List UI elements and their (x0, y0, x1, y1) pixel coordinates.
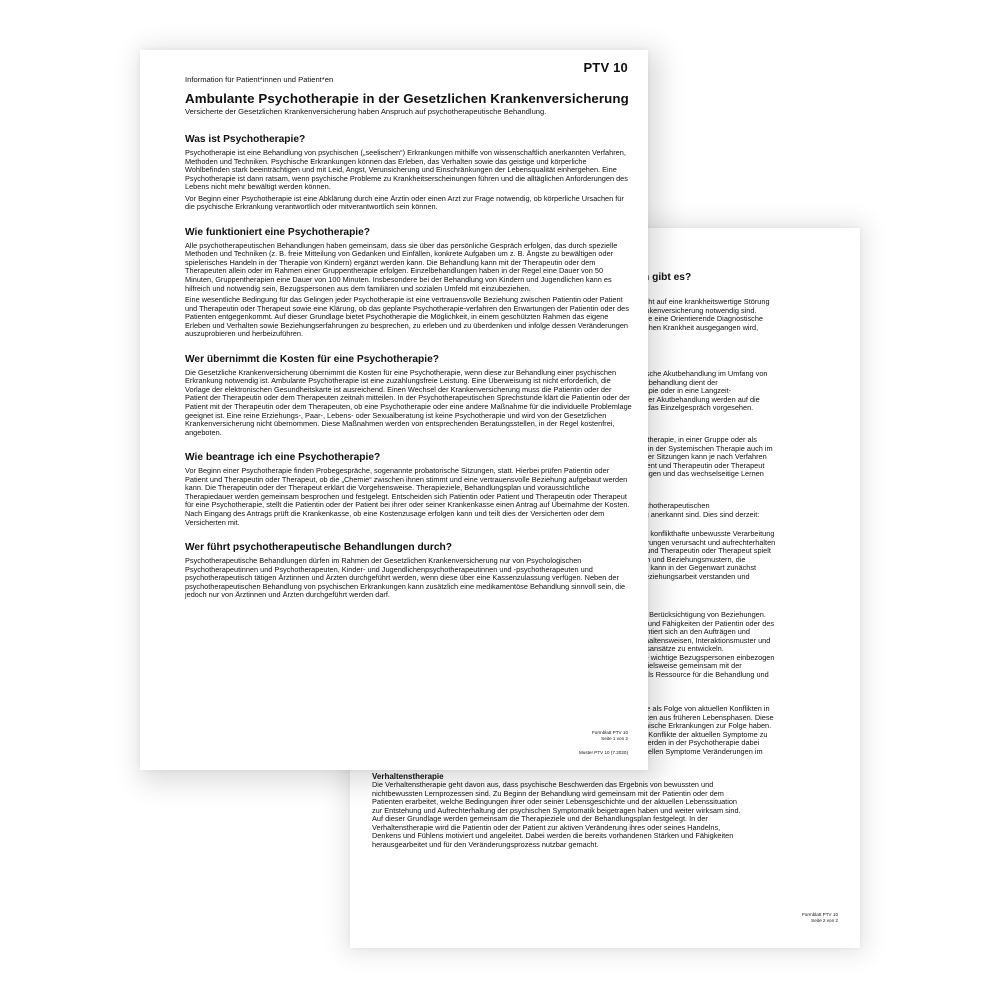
paragraph: Psychotherapeutische Behandlungen dürfen… (185, 557, 633, 600)
page-1-content: Was ist Psychotherapie? Psychotherapie i… (185, 134, 633, 603)
section-heading: Wie beantrage ich eine Psychotherapie? (185, 452, 633, 464)
section-wer-fuehrt: Wer führt psychotherapeutische Behandlun… (185, 542, 633, 600)
page-1-footer: Formblatt PTV 10 Seite 1 von 2 Muster PT… (579, 730, 628, 756)
document-page-1: PTV 10 Information für Patient*innen und… (140, 50, 648, 770)
verhaltenstherapie-text: Die Verhaltenstherapie geht davon aus, d… (372, 781, 852, 849)
section-wie-funktioniert: Wie funktioniert eine Psychotherapie? Al… (185, 227, 633, 339)
paragraph: Vor Beginn einer Psychotherapie finden P… (185, 467, 633, 527)
page-subtitle: Versicherte der Gesetzlichen Krankenvers… (185, 107, 546, 116)
text-block-3: nzeltherapie, in einer Gruppe oder alsle… (634, 436, 854, 487)
section-heading: Wie funktioniert eine Psychotherapie? (185, 227, 633, 239)
page-2-footer: Formblatt PTV 10 Seite 2 von 2 (802, 912, 838, 924)
page-number: Seite 1 von 2 (579, 736, 628, 742)
text-block-5: urch konflikthafte unbewusste Verarbeitu… (634, 530, 854, 581)
text-block-1: rdacht auf eine krankheitswertige Störun… (634, 298, 854, 332)
section-heading: Wer führt psychotherapeutische Behandlun… (185, 542, 633, 554)
section-beantragen: Wie beantrage ich eine Psychotherapie? V… (185, 452, 633, 527)
text-block-4: psychotherapeutischenrung anerkannt sind… (634, 502, 854, 519)
page-number: Seite 2 von 2 (802, 918, 838, 924)
section-was-ist: Was ist Psychotherapie? Psychotherapie i… (185, 134, 633, 212)
text-block-7: tome als Folge von aktuellen Konflikten … (634, 705, 854, 756)
section-kosten: Wer übernimmt die Kosten für eine Psycho… (185, 354, 633, 437)
paragraph: Vor Beginn einer Psychotherapie ist eine… (185, 195, 633, 212)
muster-label: Muster PTV 10 (7.2020) (579, 750, 628, 756)
paragraph: Die Gesetzliche Krankenversicherung über… (185, 369, 633, 437)
info-line: Information für Patient*innen und Patien… (185, 75, 333, 84)
form-code: PTV 10 (583, 60, 628, 75)
page-title: Ambulante Psychotherapie in der Gesetzli… (185, 91, 629, 106)
text-block-2: eutische Akutbehandlung im Umfang von Ak… (634, 370, 854, 413)
section-heading: Was ist Psychotherapie? (185, 134, 633, 146)
section-heading: Wer übernimmt die Kosten für eine Psycho… (185, 354, 633, 366)
paragraph: Psychotherapie ist eine Behandlung von p… (185, 149, 633, 192)
paragraph: Alle psychotherapeutischen Behandlungen … (185, 242, 633, 293)
text-block-6: erer Berücksichtigung von Beziehungen.ze… (634, 611, 854, 679)
section-verhaltenstherapie: Verhaltenstherapie Die Verhaltenstherapi… (372, 772, 852, 849)
paragraph: Eine wesentliche Bedingung für das Gelin… (185, 296, 633, 339)
